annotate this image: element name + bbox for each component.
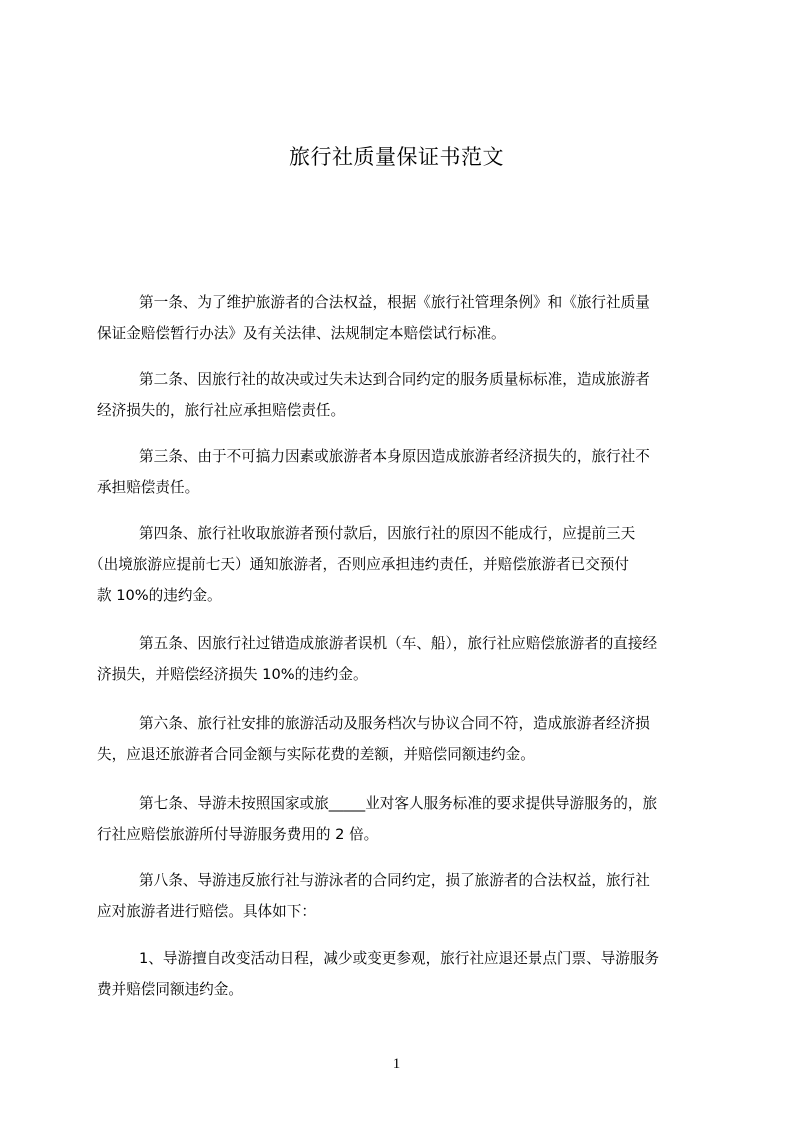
paragraph-line: 应对旅游者进行赔偿。具体如下： bbox=[97, 896, 717, 927]
paragraph-article-2: 第二条、因旅行社的故决或过失未达到合同约定的服务质量标标准，造成旅游者 经济损失… bbox=[97, 364, 717, 426]
paragraph-line: 行社应赔偿旅游所付导游服务费用的 2 倍。 bbox=[97, 819, 717, 850]
paragraph-line: 失，应退还旅游者合同金额与实际花费的差额，并赔偿同额违约金。 bbox=[97, 739, 717, 770]
document-title: 旅行社质量保证书范文 bbox=[0, 142, 793, 172]
paragraph-line: 第五条、因旅行社过错造成旅游者误机（车、船），旅行社应赔偿旅游者的直接经 bbox=[97, 628, 717, 659]
paragraph-article-6: 第六条、旅行社安排的旅游活动及服务档次与协议合同不符，造成旅游者经济损 失，应退… bbox=[97, 708, 717, 770]
paragraph-line: 款 10%的违约金。 bbox=[97, 580, 717, 611]
paragraph-line: 第四条、旅行社收取旅游者预付款后，因旅行社的原因不能成行，应提前三天 bbox=[97, 518, 717, 549]
paragraph-line: 第三条、由于不可搞力因素或旅游者本身原因造成旅游者经济损失的，旅行社不 bbox=[97, 441, 717, 472]
paragraph-line: （出境旅游应提前七天）通知旅游者，否则应承担违约责任，并赔偿旅游者已交预付 bbox=[89, 549, 717, 580]
paragraph-line: 第一条、为了维护旅游者的合法权益，根据《旅行社管理条例》和《旅行社质量 bbox=[97, 287, 717, 318]
paragraph-line: 费并赔偿同额违约金。 bbox=[97, 974, 717, 1005]
paragraph-item-1: 1、导游擅自改变活动日程，减少或变更参观，旅行社应退还景点门票、导游服务 费并赔… bbox=[97, 943, 717, 1005]
paragraph-line: 济损失，并赔偿经济损失 10%的违约金。 bbox=[97, 659, 717, 690]
paragraph-line: 第八条、导游违反旅行社与游泳者的合同约定，损了旅游者的合法权益，旅行社 bbox=[97, 865, 717, 896]
paragraph-line: 第七条、导游未按照国家或旅_____业对客人服务标准的要求提供导游服务的，旅 bbox=[97, 788, 717, 819]
paragraph-line: 1、导游擅自改变活动日程，减少或变更参观，旅行社应退还景点门票、导游服务 bbox=[97, 943, 717, 974]
page-number: 1 bbox=[0, 1054, 793, 1074]
paragraph-line: 第六条、旅行社安排的旅游活动及服务档次与协议合同不符，造成旅游者经济损 bbox=[97, 708, 717, 739]
paragraph-article-7: 第七条、导游未按照国家或旅_____业对客人服务标准的要求提供导游服务的，旅 行… bbox=[97, 788, 717, 850]
paragraph-line: 经济损失的，旅行社应承担赔偿责任。 bbox=[97, 395, 717, 426]
paragraph-article-5: 第五条、因旅行社过错造成旅游者误机（车、船），旅行社应赔偿旅游者的直接经 济损失… bbox=[97, 628, 717, 690]
paragraph-article-3: 第三条、由于不可搞力因素或旅游者本身原因造成旅游者经济损失的，旅行社不 承担赔偿… bbox=[97, 441, 717, 503]
paragraph-article-1: 第一条、为了维护旅游者的合法权益，根据《旅行社管理条例》和《旅行社质量 保证金赔… bbox=[97, 287, 717, 349]
paragraph-line: 第二条、因旅行社的故决或过失未达到合同约定的服务质量标标准，造成旅游者 bbox=[97, 364, 717, 395]
paragraph-article-4: 第四条、旅行社收取旅游者预付款后，因旅行社的原因不能成行，应提前三天 （出境旅游… bbox=[97, 518, 717, 611]
paragraph-article-8: 第八条、导游违反旅行社与游泳者的合同约定，损了旅游者的合法权益，旅行社 应对旅游… bbox=[97, 865, 717, 927]
document-page: 旅行社质量保证书范文 第一条、为了维护旅游者的合法权益，根据《旅行社管理条例》和… bbox=[0, 0, 793, 1122]
paragraph-line: 保证金赔偿暂行办法》及有关法律、法规制定本赔偿试行标准。 bbox=[97, 318, 717, 349]
paragraph-line: 承担赔偿责任。 bbox=[97, 472, 717, 503]
